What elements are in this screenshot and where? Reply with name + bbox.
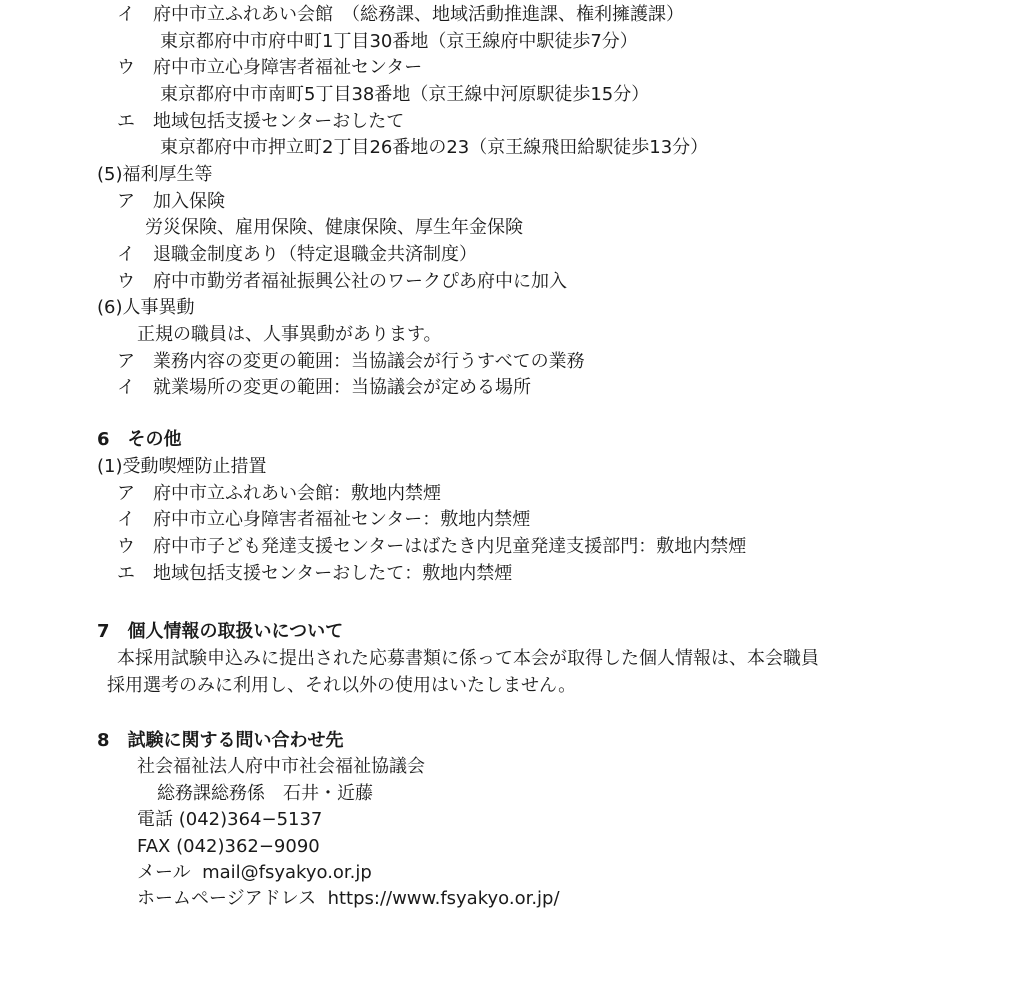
welfare-retirement-item: イ 退職金制度あり（特定退職金共済制度） <box>117 244 477 266</box>
facility-fureai-kaikan: イ 府中市立ふれあい会館 （総務課、地域活動推進課、権利擁護課） <box>117 4 684 26</box>
subsection-welfare-heading: (5)福利厚生等 <box>97 164 213 186</box>
smoking-subsection-heading: (1)受動喫煙防止措置 <box>97 456 267 478</box>
facility-oshitate-center: エ 地域包括支援センターおしたて <box>117 111 404 133</box>
section-7-heading: 7 個人情報の取扱いについて <box>97 621 343 643</box>
fax-number: (042)362−9090 <box>176 836 320 857</box>
homepage-label: ホームページアドレス <box>137 888 316 909</box>
smoking-item: エ 地域包括支援センターおしたて：敷地内禁煙 <box>117 563 512 585</box>
email-link[interactable]: mail@fsyakyo.or.jp <box>202 862 372 883</box>
address-shinshin-center: 東京都府中市南町5丁目38番地（京王線中河原駅徒歩15分） <box>160 84 649 106</box>
address-fureai-kaikan: 東京都府中市府中町1丁目30番地（京王線府中駅徒歩7分） <box>160 31 638 53</box>
welfare-insurance-detail: 労災保険、雇用保険、健康保険、厚生年金保険 <box>145 217 523 239</box>
smoking-item: ア 府中市立ふれあい会館：敷地内禁煙 <box>117 483 441 505</box>
phone-label: 電話 <box>137 809 173 830</box>
transfer-duties-scope: ア 業務内容の変更の範囲：当協議会が行うすべての業務 <box>117 351 585 373</box>
phone-number[interactable]: (042)364−5137 <box>179 809 323 830</box>
smoking-item: ウ 府中市子ども発達支援センターはばたき内児童発達支援部門：敷地内禁煙 <box>117 536 746 558</box>
transfer-workplace-scope: イ 就業場所の変更の範囲：当協議会が定める場所 <box>117 377 531 399</box>
smoking-item: イ 府中市立心身障害者福祉センター：敷地内禁煙 <box>117 509 530 531</box>
contact-organization: 社会福祉法人府中市社会福祉協議会 <box>137 756 425 778</box>
section-8-heading: 8 試験に関する問い合わせ先 <box>97 730 344 752</box>
contact-department: 総務課総務係 石井・近藤 <box>157 783 373 805</box>
contact-fax: FAX (042)362−9090 <box>137 836 320 858</box>
contact-homepage: ホームページアドレス https://www.fsyakyo.or.jp/ <box>137 888 560 910</box>
fax-label: FAX <box>137 836 170 857</box>
contact-phone: 電話 (042)364−5137 <box>137 809 322 831</box>
contact-email: メール mail@fsyakyo.or.jp <box>137 862 372 884</box>
welfare-workpia-item: ウ 府中市勤労者福祉振興公社のワークぴあ府中に加入 <box>117 271 567 293</box>
transfer-note: 正規の職員は、人事異動があります。 <box>137 324 442 346</box>
facility-shinshin-center: ウ 府中市立心身障害者福祉センター <box>117 57 422 79</box>
privacy-body-line-2: 採用選考のみに利用し、それ以外の使用はいたしません。 <box>107 675 576 697</box>
address-oshitate-center: 東京都府中市押立町2丁目26番地の23（京王線飛田給駅徒歩13分） <box>160 137 708 159</box>
homepage-link[interactable]: https://www.fsyakyo.or.jp/ <box>328 888 560 909</box>
privacy-body-line-1: 本採用試験申込みに提出された応募書類に係って本会が取得した個人情報は、本会職員 <box>117 648 819 670</box>
subsection-transfer-heading: (6)人事異動 <box>97 297 195 319</box>
welfare-insurance-item: ア 加入保険 <box>117 191 225 213</box>
email-label: メール <box>137 862 191 883</box>
section-6-heading: 6 その他 <box>97 429 182 451</box>
